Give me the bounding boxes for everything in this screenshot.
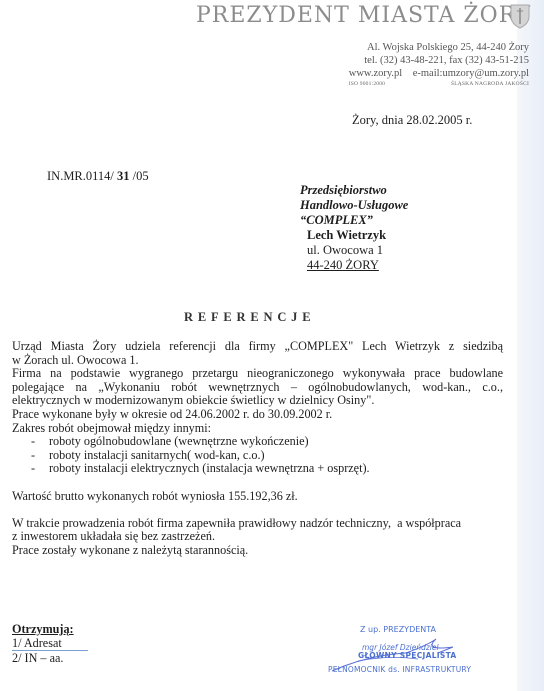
distribution-list: Otrzymują: 1/ Adresat 2/ IN – aa. [12,622,88,665]
bullet-dash: - [31,435,35,449]
scope-item: -roboty instalacji elektrycznych (instal… [12,462,503,476]
stamp-role: PEŁNOMOCNIK ds. INFRASTRUKTURY [328,665,471,674]
body-p2-line2: polegające na „Wykonaniu robót wewnętrzn… [12,381,503,395]
distribution-title: Otrzymują: [12,622,88,636]
recipient-line-2: Handlowo-Usługowe [300,198,408,213]
phone-line: tel. (32) 43-48-221, fax (32) 43-51-215 [349,54,529,67]
address-line: Al. Wojska Polskiego 25, 44-240 Żory [349,41,529,54]
reference-number: IN.MR.0114/ 31 /05 [47,169,149,184]
scope-list: -roboty ogólnobudowlane (wewnętrzne wyko… [12,435,503,476]
recipient-line-1: Przedsiębiorstwo [300,183,408,198]
letterhead-address: Al. Wojska Polskiego 25, 44-240 Żory tel… [349,41,529,89]
body-p1-line1: Urząd Miasta Żory udziela referencji dla… [12,340,503,354]
stamp-position: GŁÓWNY SPECJALISTA [358,651,457,660]
body-p3-line1: W trakcie prowadzenia robót firma zapewn… [12,517,503,531]
web-line: www.zory.pl e-mail:umzory@um.zory.pl [349,67,529,80]
official-stamp: Z up. PREZYDENTA mgr Józef Dzieńdziel GŁ… [318,625,478,680]
spacer [12,476,503,490]
document-heading: REFERENCJE [184,310,315,325]
body-value: Wartość brutto wykonanych robót wyniosła… [12,490,503,504]
recipient-company: “COMPLEX” [300,213,408,228]
reference-prefix: IN.MR.0114/ [47,169,117,183]
recipient-street: ul. Owocowa 1 [300,243,408,258]
scope-item: -roboty instalacji sanitarnych( wod-kan,… [12,449,503,463]
bullet-dash: - [31,449,35,463]
iso-label: ISO 9001:2000 [349,80,385,89]
certification-row: ISO 9001:2000 ŚLĄSKA NAGRODA JAKOŚCI [349,80,529,89]
scan-edge-tint [517,0,544,691]
distribution-item: 1/ Adresat [12,636,88,651]
letter-body: Urząd Miasta Żory udziela referencji dla… [12,340,503,558]
letterhead-title: PREZYDENT MIASTA ŻORY [196,3,531,28]
reference-suffix: /05 [130,169,149,183]
body-p3-line2: z inwestorem układała się bez zastrzeżeń… [12,530,503,544]
recipient-city: 44-240 ŻORY [300,258,408,273]
scope-item: -roboty ogólnobudowlane (wewnętrzne wyko… [12,435,503,449]
body-p3-line3: Prace zostały wykonane z należytą staran… [12,544,503,558]
body-p2-line1: Firma na podstawie wygranego przetargu n… [12,367,503,381]
body-p2-line3: elektrycznych w modernizowanym obiekcie … [12,394,503,408]
body-period: Prace wykonane były w okresie od 24.06.2… [12,408,503,422]
bullet-dash: - [31,462,35,476]
body-scope-intro: Zakres robót obejmował między innymi: [12,422,503,436]
letter-date: Żory, dnia 28.02.2005 r. [352,113,472,128]
recipient-name: Lech Wietrzyk [300,228,408,243]
reference-number-value: 31 [117,169,130,183]
distribution-item: 2/ IN – aa. [12,651,88,665]
coat-of-arms-shield-icon [509,3,531,29]
body-p1-line2: w Żorach ul. Owocowa 1. [12,354,503,368]
recipient-block: Przedsiębiorstwo Handlowo-Usługowe “COMP… [300,183,408,273]
award-label: ŚLĄSKA NAGRODA JAKOŚCI [451,80,529,89]
stamp-authority: Z up. PREZYDENTA [360,625,436,634]
spacer [12,503,503,517]
